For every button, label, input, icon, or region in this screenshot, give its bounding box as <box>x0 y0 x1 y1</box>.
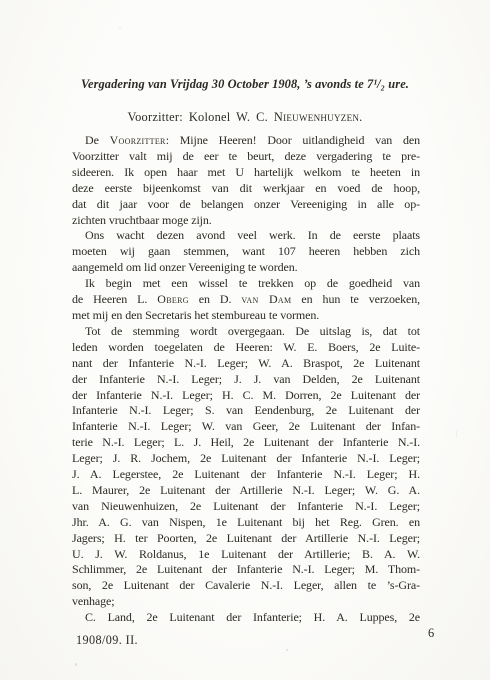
scan-speck <box>456 430 457 438</box>
text-line: J. A. Legerstee, 2e Luitenant der Infant… <box>72 467 420 483</box>
text-run: sideeren. Ik open haar met U hartelijk w… <box>72 165 420 179</box>
small-caps-name: Voorzitter <box>110 133 166 147</box>
text-run: Jagers; H. ter Poorten, 2e Luitenant der… <box>72 531 420 545</box>
text-line: Voorzitter valt mij de eer te beurt, dez… <box>72 149 420 165</box>
text-line: met mij en den Secretaris het stembureau… <box>72 308 420 324</box>
text-run: . <box>359 110 362 124</box>
text-line: Ik begin met een wissel te trekken op de… <box>72 276 420 292</box>
text-line: leden worden toegelaten de Heeren: W. E.… <box>72 340 420 356</box>
text-line: U. J. W. Roldanus, 1e Luitenant der Arti… <box>72 547 420 563</box>
text-line: son, 2e Luitenant der Cavalerie N.-I. Le… <box>72 578 420 594</box>
text-line: Leger; J. R. Jochem, 2e Luitenant der In… <box>72 451 420 467</box>
small-caps-name: van Dam <box>241 292 291 306</box>
text-run: Jhr. A. G. van Nispen, 1e Luitenant bij … <box>72 515 420 529</box>
text-run: en hun te verzoeken, <box>291 292 420 306</box>
text-run: aangemeld om lid onzer Vereeniging te wo… <box>72 260 298 274</box>
text-run: leden worden toegelaten de Heeren: W. E.… <box>72 340 420 354</box>
text-line: Tot de stemming wordt overgegaan. De uit… <box>72 324 420 340</box>
text-run: zichten vruchtbaar moge zijn. <box>72 213 212 227</box>
scan-speck <box>75 663 77 666</box>
text-run: J. A. Legerstee, 2e Luitenant der Infant… <box>72 467 420 481</box>
text-run: Tot de stemming wordt overgegaan. De uit… <box>85 324 420 338</box>
text-line: venhage; <box>72 594 420 610</box>
text-run: Schlimmer, 2e Luitenant der Infanterie N… <box>72 562 420 576</box>
text-line: Ons wacht dezen avond veel werk. In de e… <box>72 228 420 244</box>
text-run: en D. <box>189 292 242 306</box>
text-line: Schlimmer, 2e Luitenant der Infanterie N… <box>72 562 420 578</box>
text-run: U. J. W. Roldanus, 1e Luitenant der Arti… <box>72 547 420 561</box>
text-run: deze eerste bijeenkomst van dit werkjaar… <box>72 181 420 195</box>
scan-speck <box>119 27 121 29</box>
text-line: moeten wij gaan stemmen, want 107 heeren… <box>72 244 420 260</box>
text-line: De Voorzitter: Mijne Heeren! Door uitlan… <box>72 133 420 149</box>
text-run: dat dit jaar voor de belangen onzer Vere… <box>72 197 420 211</box>
text-line: C. Land, 2e Luitenant der Infanterie; H.… <box>72 610 420 626</box>
scanned-book-page: Vergadering van Vrijdag 30 October 1908,… <box>0 0 490 680</box>
text-line: L. Maurer, 2e Luitenant der Artillerie N… <box>72 483 420 499</box>
text-line: Infanterie N.-I. Leger; W. van Geer, 2e … <box>72 419 420 435</box>
meeting-header: Vergadering van Vrijdag 30 October 1908,… <box>81 77 409 92</box>
text-run: Ik begin met een wissel te trekken op de… <box>85 276 420 290</box>
document-body: De Voorzitter: Mijne Heeren! Door uitlan… <box>72 133 420 626</box>
text-line: Infanterie N.-I. Leger; S. van Eendenbur… <box>72 403 420 419</box>
text-run: venhage; <box>72 594 115 608</box>
text-line: dat dit jaar voor de belangen onzer Vere… <box>72 197 420 213</box>
small-caps-name: Nieuwenhuyzen <box>274 110 359 124</box>
text-run: van Nieuwenhuizen, 2e Luitenant der Infa… <box>72 499 420 513</box>
volume-signature: 1908/09. II. <box>76 633 138 648</box>
text-line: Jagers; H. ter Poorten, 2e Luitenant der… <box>72 531 420 547</box>
text-run: Infanterie N.-I. Leger; S. van Eendenbur… <box>72 403 420 417</box>
text-run: de Heeren L. <box>72 292 157 306</box>
text-line: Jhr. A. G. van Nispen, 1e Luitenant bij … <box>72 515 420 531</box>
text-run: moeten wij gaan stemmen, want 107 heeren… <box>72 244 420 258</box>
text-line: terie N.-I. Leger; L. J. Heil, 2e Luiten… <box>72 435 420 451</box>
text-run: C. Land, 2e Luitenant der Infanterie; H.… <box>85 610 420 624</box>
text-run: der Infanterie N.-I. Leger; J. J. van De… <box>72 372 420 386</box>
page-number: 6 <box>428 626 434 641</box>
text-run: Infanterie N.-I. Leger; W. van Geer, 2e … <box>72 419 420 433</box>
text-line: zichten vruchtbaar moge zijn. <box>72 213 420 229</box>
text-run: Voorzitter: Kolonel W. C. <box>127 110 273 124</box>
text-run: Voorzitter valt mij de eer te beurt, dez… <box>72 149 420 163</box>
text-line: de Heeren L. Oberg en D. van Dam en hun … <box>72 292 420 308</box>
text-run: son, 2e Luitenant der Cavalerie N.-I. Le… <box>72 578 420 592</box>
text-line: van Nieuwenhuizen, 2e Luitenant der Infa… <box>72 499 420 515</box>
text-run: Leger; J. R. Jochem, 2e Luitenant der In… <box>72 451 420 465</box>
text-run: L. Maurer, 2e Luitenant der Artillerie N… <box>72 483 420 497</box>
text-run: met mij en den Secretaris het stembureau… <box>72 308 319 322</box>
text-line: nant der Infanterie N.-I. Leger; W. A. B… <box>72 356 420 372</box>
text-run: Ons wacht dezen avond veel werk. In de e… <box>85 228 420 242</box>
text-run: De <box>85 133 110 147</box>
scan-speck <box>286 649 288 651</box>
chairman-line: Voorzitter: Kolonel W. C. Nieuwenhuyzen. <box>0 110 490 125</box>
text-line: deze eerste bijeenkomst van dit werkjaar… <box>72 181 420 197</box>
text-line: sideeren. Ik open haar met U hartelijk w… <box>72 165 420 181</box>
text-line: der Infanterie N.-I. Leger; J. J. van De… <box>72 372 420 388</box>
text-run: nant der Infanterie N.-I. Leger; W. A. B… <box>72 356 420 370</box>
text-run: : Mijne Heeren! Door uitlandigheid van d… <box>166 133 420 147</box>
text-run: terie N.-I. Leger; L. J. Heil, 2e Luiten… <box>72 435 420 449</box>
text-run: der Infanterie N.-I. Leger; H. C. M. Dor… <box>72 388 420 402</box>
text-line: der Infanterie N.-I. Leger; H. C. M. Dor… <box>72 388 420 404</box>
small-caps-name: Oberg <box>157 292 189 306</box>
text-line: aangemeld om lid onzer Vereeniging te wo… <box>72 260 420 276</box>
